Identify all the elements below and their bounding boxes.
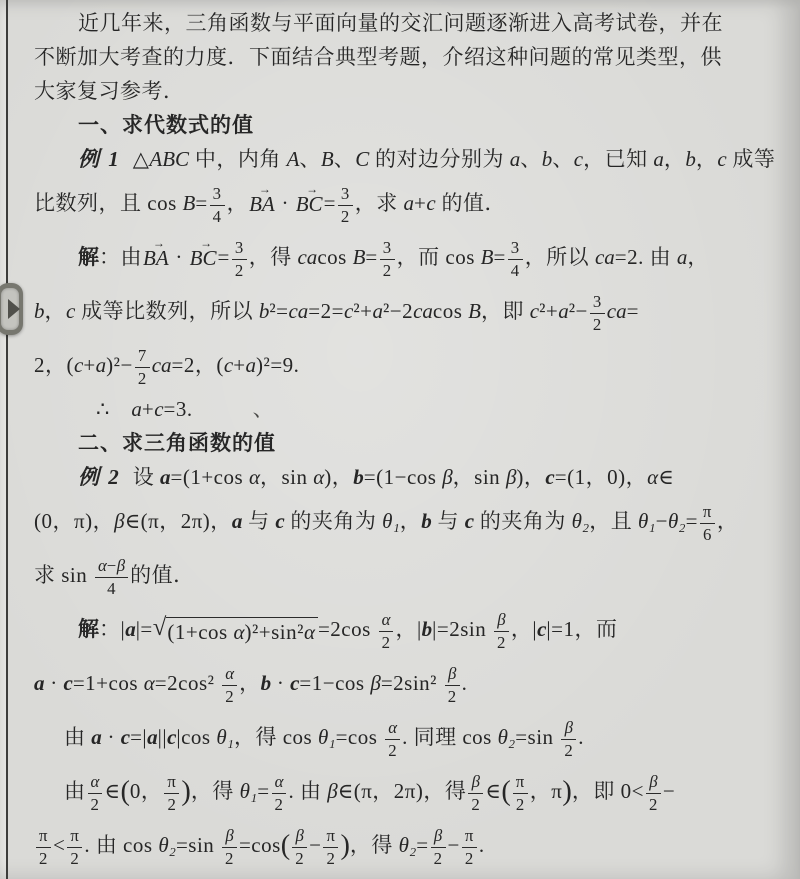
text-segment: a [96, 353, 107, 377]
text-segment: − [663, 779, 675, 803]
fraction: β2 [494, 610, 509, 652]
text-segment: =sin [515, 725, 559, 749]
text-segment: 2 [516, 795, 525, 814]
text-segment: a [91, 725, 102, 749]
text-segment: ) [340, 830, 349, 861]
fraction: α2 [88, 772, 103, 814]
text-segment: θ₂ [399, 833, 417, 857]
text-segment: 2 [275, 795, 284, 814]
text-segment: β [448, 664, 456, 683]
text-segment: 大家复习参考． [34, 79, 185, 103]
solution1-line-3: 2，(c+a)²−72ca=2，(c+a)²=9. [34, 338, 790, 392]
text-segment: =2. 由 [615, 245, 677, 269]
text-segment: . 同理 cos [402, 725, 498, 749]
text-segment: β [472, 772, 480, 791]
text-segment: 0， [130, 779, 163, 803]
text-segment: =2cos² [155, 671, 220, 695]
text-segment: − [107, 556, 117, 575]
text-segment: =2sin² [381, 671, 443, 695]
vector-arrow-symbol: →BC [296, 186, 323, 214]
vector-arrow-symbol: →BA [249, 186, 275, 214]
text-segment: ， [45, 299, 67, 323]
text-segment: ，且 [589, 509, 638, 533]
text-segment: )²=9. [256, 353, 299, 377]
text-segment: β [442, 465, 452, 489]
text-segment: α [249, 465, 260, 489]
fraction: β2 [561, 718, 576, 760]
text-segment: 2 [225, 849, 234, 868]
text-segment: 2 [471, 795, 480, 814]
text-segment: ，π [530, 779, 563, 803]
section-heading-1: 一、求代数式的值 [34, 108, 790, 142]
fraction: β2 [222, 826, 237, 868]
text-segment: cos [433, 299, 468, 323]
text-segment: =2cos [318, 617, 377, 641]
text-segment: ∈ [104, 779, 120, 803]
text-segment: + [83, 353, 95, 377]
page-content: 近几年来，三角函数与平面向量的交汇问题逐渐进入高考试卷，并在不断加大考查的力度．… [10, 0, 800, 879]
text-segment: || [158, 725, 167, 749]
fraction: 34 [508, 238, 523, 280]
text-segment: 3 [511, 238, 520, 257]
text-segment: c [426, 191, 435, 215]
text-segment: ²+ [353, 299, 372, 323]
text-segment: |=1，而 [546, 617, 617, 641]
text-segment: =1+cos [73, 671, 144, 695]
text-segment: |= [136, 617, 153, 641]
text-segment: c [465, 509, 474, 533]
vector-arrow-symbol: →BC [190, 240, 217, 268]
text-segment: . 由 cos [84, 833, 158, 857]
text-segment: 2 [388, 741, 397, 760]
text-segment: ，已知 [583, 147, 653, 171]
text-segment: ∈ [485, 779, 501, 803]
text-segment: =2，( [172, 353, 224, 377]
fraction: 72 [135, 346, 150, 388]
text-segment: c [167, 725, 176, 749]
text-segment: ，sin [453, 465, 506, 489]
text-segment: 、 [552, 147, 574, 171]
text-segment: θ₂ [668, 509, 686, 533]
text-segment: π [703, 502, 712, 521]
text-segment: a [510, 147, 521, 171]
text-segment: a [677, 245, 688, 269]
text-segment: = [218, 245, 230, 269]
text-segment: a [246, 353, 257, 377]
text-segment: ， [664, 147, 686, 171]
text-segment: B [481, 245, 494, 269]
example2-line-1: 例 2设 a=(1+cos α，sin α)，b=(1−cos β，sin β)… [34, 460, 790, 494]
text-segment: =cos [336, 725, 384, 749]
text-segment: 的值． [436, 191, 506, 215]
text-segment: 4 [213, 207, 222, 226]
text-segment: ( [501, 776, 510, 807]
solution2-line-5: π2<π2. 由 cos θ₂=sin β2=cos(β2−π2)，得 θ₂=β… [34, 818, 790, 872]
fraction: π2 [164, 772, 179, 814]
fraction: π2 [462, 826, 477, 868]
text-segment: θ₂ [158, 833, 176, 857]
text-segment: ∈(π，2π)，得 [338, 779, 467, 803]
text-segment: 、 [253, 397, 274, 421]
text-segment: ：| [99, 617, 125, 641]
text-segment: =(1−cos [364, 465, 442, 489]
text-segment: ：由 [99, 245, 142, 269]
example1-line-2: 比数列，且 cos B=34，→BA · →BC=32，求 a+c 的值． [34, 176, 790, 230]
text-segment: 2 [327, 849, 336, 868]
text-segment: 2 [564, 741, 573, 760]
text-segment: ²+ [539, 299, 558, 323]
text-segment: ，求 [355, 191, 404, 215]
text-segment: = [493, 245, 505, 269]
text-segment: =3. [164, 397, 193, 421]
square-root: √(1+cos α)²+sin²α [153, 617, 318, 645]
fraction: β2 [431, 826, 446, 868]
text-segment: 2，( [34, 353, 74, 377]
text-segment: 4 [511, 261, 520, 280]
text-segment: ，即 0< [572, 779, 644, 803]
text-segment: β [327, 779, 337, 803]
text-segment: 、 [299, 147, 321, 171]
text-segment: 2 [448, 687, 457, 706]
text-segment: α [144, 671, 155, 695]
text-segment: ， [717, 509, 739, 533]
fraction: 32 [590, 292, 605, 334]
text-segment: β [565, 718, 573, 737]
text-segment: 解 [78, 617, 99, 641]
text-segment: c [344, 299, 353, 323]
text-segment: 的夹角为 [474, 509, 572, 533]
text-segment: a [558, 299, 569, 323]
text-segment: B [321, 147, 334, 171]
text-segment: 2 [341, 207, 350, 226]
text-segment: c [154, 397, 163, 421]
text-segment: − [309, 833, 321, 857]
text-segment: α [313, 465, 324, 489]
vector-arrow-icon: → [252, 186, 278, 194]
text-segment: 例 1 [78, 147, 121, 171]
text-segment: a [372, 299, 383, 323]
text-segment: α [91, 772, 100, 791]
fraction: 32 [380, 238, 395, 280]
text-segment: π [326, 826, 335, 845]
text-segment: 2 [434, 849, 443, 868]
text-segment: =2= [308, 299, 344, 323]
text-segment: b [34, 299, 45, 323]
text-segment: α [304, 620, 315, 644]
text-segment: |=2sin [432, 617, 492, 641]
text-segment: =sin [176, 833, 220, 857]
text-segment: ，所以 [525, 245, 595, 269]
text-segment: · [276, 191, 295, 215]
fraction: 32 [338, 184, 353, 226]
text-segment: ( [281, 830, 290, 861]
text-segment: ca [297, 245, 317, 269]
text-segment: θ₂ [572, 509, 590, 533]
text-segment: 2 [225, 687, 234, 706]
text-segment: a [34, 671, 45, 695]
text-segment: ，得 [350, 833, 399, 857]
text-segment: 2 [649, 795, 658, 814]
intro-line-2: 不断加大考查的力度．下面结合典型考题，介绍这种问题的常见类型，供 [34, 40, 790, 74]
text-segment: 2 [138, 369, 147, 388]
text-segment: = [365, 245, 377, 269]
text-segment: β [296, 826, 304, 845]
text-segment: )²+sin² [245, 620, 304, 644]
text-segment: β [117, 556, 125, 575]
text-segment: c [66, 299, 75, 323]
text-segment: 3 [383, 238, 392, 257]
text-segment: ，得 [249, 245, 298, 269]
fraction: 34 [210, 184, 225, 226]
text-segment: π [516, 772, 525, 791]
text-segment: ，sin [260, 465, 313, 489]
text-segment: β [370, 671, 380, 695]
text-segment: c [64, 671, 73, 695]
text-segment: c [224, 353, 233, 377]
text-segment: + [414, 191, 426, 215]
text-segment: 2 [39, 849, 48, 868]
text-segment: c [290, 671, 299, 695]
text-segment: 3 [341, 184, 350, 203]
text-segment: 2 [465, 849, 474, 868]
text-segment: ca [152, 353, 172, 377]
text-segment: ，得 [191, 779, 240, 803]
vector-arrow-icon: → [146, 240, 172, 248]
text-segment: b [259, 299, 270, 323]
text-segment: 2 [70, 849, 79, 868]
text-segment: α [233, 620, 244, 644]
section-heading-2: 二、求三角函数的值 [34, 426, 790, 460]
text-segment: = [324, 191, 336, 215]
text-segment: ， [687, 245, 709, 269]
fraction: π6 [700, 502, 715, 544]
text-segment: − [656, 509, 668, 533]
text-segment: a [232, 509, 243, 533]
text-segment: a [404, 191, 415, 215]
text-segment: ca [413, 299, 433, 323]
solution2-line-1: 解：|a|=√(1+cos α)²+sin²α=2cos α2，|b|=2sin… [34, 602, 790, 656]
text-segment: ∈(π，2π)， [125, 509, 232, 533]
text-segment: a [147, 725, 158, 749]
vector-arrow-icon: → [193, 240, 220, 248]
vector-arrow-icon: → [299, 186, 326, 194]
text-segment: θ₂ [498, 725, 516, 749]
text-segment: + [142, 397, 154, 421]
text-segment: θ₁ [318, 725, 336, 749]
text-segment: 3 [213, 184, 222, 203]
text-segment: 二、求三角函数的值 [78, 431, 276, 455]
text-segment: β [114, 509, 124, 533]
text-segment: 由 [64, 725, 91, 749]
text-segment: ²= [269, 299, 288, 323]
text-segment: 比数列，且 cos [34, 191, 183, 215]
text-segment: =1−cos [299, 671, 370, 695]
text-segment: 求 sin [34, 563, 93, 587]
text-segment: =cos [239, 833, 281, 857]
text-segment: (1+cos [167, 620, 233, 644]
text-segment: θ₁ [216, 725, 234, 749]
text-segment: a [653, 147, 664, 171]
text-segment: a [160, 465, 171, 489]
text-segment: ∈ [658, 465, 674, 489]
text-segment: 近几年来，三角函数与平面向量的交汇问题逐渐进入高考试卷，并在 [78, 11, 723, 35]
text-segment: ，| [395, 617, 421, 641]
text-segment: 由 [64, 779, 86, 803]
text-segment: = [686, 509, 698, 533]
text-segment: b [422, 617, 433, 641]
text-segment: ca [607, 299, 627, 323]
fraction: β2 [445, 664, 460, 706]
text-segment: b [685, 147, 696, 171]
example2-line-3: 求 sin α−β4的值． [34, 548, 790, 602]
text-segment: ， [696, 147, 718, 171]
solution2-line-3: 由 a · c=|a||c|cos θ₁，得 cos θ₁=cos α2. 同理… [34, 710, 790, 764]
text-segment: · [45, 671, 64, 695]
text-segment: β [434, 826, 442, 845]
text-segment: β [497, 610, 505, 629]
text-segment: ，即 [481, 299, 530, 323]
solution1-line-1: 解：由→BA · →BC=32，得 cacos B=32，而 cos B=34，… [34, 230, 790, 284]
text-segment: B [183, 191, 196, 215]
text-segment: . 由 [288, 779, 327, 803]
text-segment: 一、求代数式的值 [78, 113, 254, 137]
text-segment: · [170, 245, 189, 269]
page-edge-line [6, 0, 8, 879]
text-segment: 成等比数列，所以 [75, 299, 259, 323]
fraction: π2 [513, 772, 528, 814]
solution1-line-2: b，c 成等比数列，所以 b²=ca=2=c²+a²−2cacos B，即 c²… [34, 284, 790, 338]
text-segment: β [649, 772, 657, 791]
fraction: β2 [646, 772, 661, 814]
text-segment: ABC [149, 147, 189, 171]
text-segment: α [388, 718, 397, 737]
text-segment: c [275, 509, 284, 533]
text-segment: π [465, 826, 474, 845]
text-segment: a [125, 617, 136, 641]
vector-arrow-symbol: →BA [143, 240, 169, 268]
text-segment: 、 [334, 147, 356, 171]
text-segment: a [131, 397, 142, 421]
text-segment: A [287, 147, 300, 171]
text-segment: ²− [569, 299, 588, 323]
text-segment: 3 [593, 292, 602, 311]
text-segment: ∴ [96, 397, 131, 421]
text-segment: c [574, 147, 583, 171]
text-segment: ， [400, 509, 422, 533]
text-segment: α [382, 610, 391, 629]
text-segment: c [545, 465, 554, 489]
text-segment: ca [595, 245, 615, 269]
example2-line-2: (0，π)，β∈(π，2π)，a 与 c 的夹角为 θ₁，b 与 c 的夹角为 … [34, 494, 790, 548]
text-segment: c [530, 299, 539, 323]
text-segment: ca [288, 299, 308, 323]
text-segment: α [225, 664, 234, 683]
text-segment: (0，π)， [34, 509, 114, 533]
text-segment: =(1+cos [171, 465, 249, 489]
fraction: β2 [292, 826, 307, 868]
example1-line-1: 例 1△ABC 中，内角 A、B、C 的对边分别为 a、b、c，已知 a，b，c… [34, 142, 790, 176]
text-segment: θ₁ [240, 779, 258, 803]
intro-line-3: 大家复习参考． [34, 74, 790, 108]
text-segment: 2 [383, 261, 392, 280]
text-segment: = [195, 191, 207, 215]
text-segment: = [627, 299, 639, 323]
text-segment: C [355, 147, 369, 171]
fraction: π2 [67, 826, 82, 868]
text-segment: 例 2 [78, 465, 121, 489]
text-segment: β [506, 465, 516, 489]
text-segment: 7 [138, 346, 147, 365]
text-segment: 2 [593, 315, 602, 334]
text-segment: α [275, 772, 284, 791]
text-segment: 2 [235, 261, 244, 280]
text-segment: 的夹角为 [285, 509, 383, 533]
text-segment: π [167, 772, 176, 791]
text-segment: . [479, 833, 485, 857]
text-segment: 与 [242, 509, 275, 533]
text-segment: = [257, 779, 269, 803]
text-segment: ，| [511, 617, 537, 641]
fraction: α2 [379, 610, 394, 652]
text-segment: α [98, 556, 107, 575]
text-segment: B [353, 245, 366, 269]
text-segment: 解 [78, 245, 99, 269]
text-segment: = [416, 833, 428, 857]
text-segment: |cos [176, 725, 216, 749]
text-segment: ， [239, 671, 261, 695]
text-segment: 4 [107, 579, 116, 598]
text-segment: θ₁ [382, 509, 400, 533]
fraction: α2 [222, 664, 237, 706]
solution2-line-4: 由α2∈(0，π2)，得 θ₁=α2. 由 β∈(π，2π)，得β2∈(π2，π… [34, 764, 790, 818]
text-segment: cos [317, 245, 352, 269]
text-segment: 的对边分别为 [369, 147, 510, 171]
text-segment: + [233, 353, 245, 377]
text-segment: 3 [235, 238, 244, 257]
text-segment: · [102, 725, 121, 749]
text-segment: 、 [520, 147, 542, 171]
text-segment: α [647, 465, 658, 489]
radical-icon: √ [153, 616, 167, 641]
solution1-conclusion: ∴ a+c=3.、 [34, 392, 790, 426]
text-segment: c [717, 147, 726, 171]
text-segment: ) [181, 776, 190, 807]
intro-line-1: 近几年来，三角函数与平面向量的交汇问题逐渐进入高考试卷，并在 [34, 6, 790, 40]
text-segment: π [39, 826, 48, 845]
text-segment: =(1，0)， [555, 465, 647, 489]
text-segment: 2 [382, 633, 391, 652]
text-segment: B [468, 299, 481, 323]
fraction: α2 [385, 718, 400, 760]
text-segment: 2 [167, 795, 176, 814]
text-segment: ，而 cos [397, 245, 481, 269]
text-segment: b [421, 509, 432, 533]
text-segment: . [462, 671, 468, 695]
text-segment: − [448, 833, 460, 857]
text-segment: △ [133, 147, 150, 171]
fraction: 32 [232, 238, 247, 280]
text-segment: 的值． [130, 563, 195, 587]
text-segment: c [74, 353, 83, 377]
text-segment: ( [120, 776, 129, 807]
text-segment: 与 [432, 509, 465, 533]
text-segment: )²− [106, 353, 133, 377]
text-segment: 6 [703, 525, 712, 544]
text-segment: 成等 [727, 147, 776, 171]
text-segment: b [542, 147, 553, 171]
fraction: α−β4 [95, 556, 128, 598]
fraction: π2 [36, 826, 51, 868]
